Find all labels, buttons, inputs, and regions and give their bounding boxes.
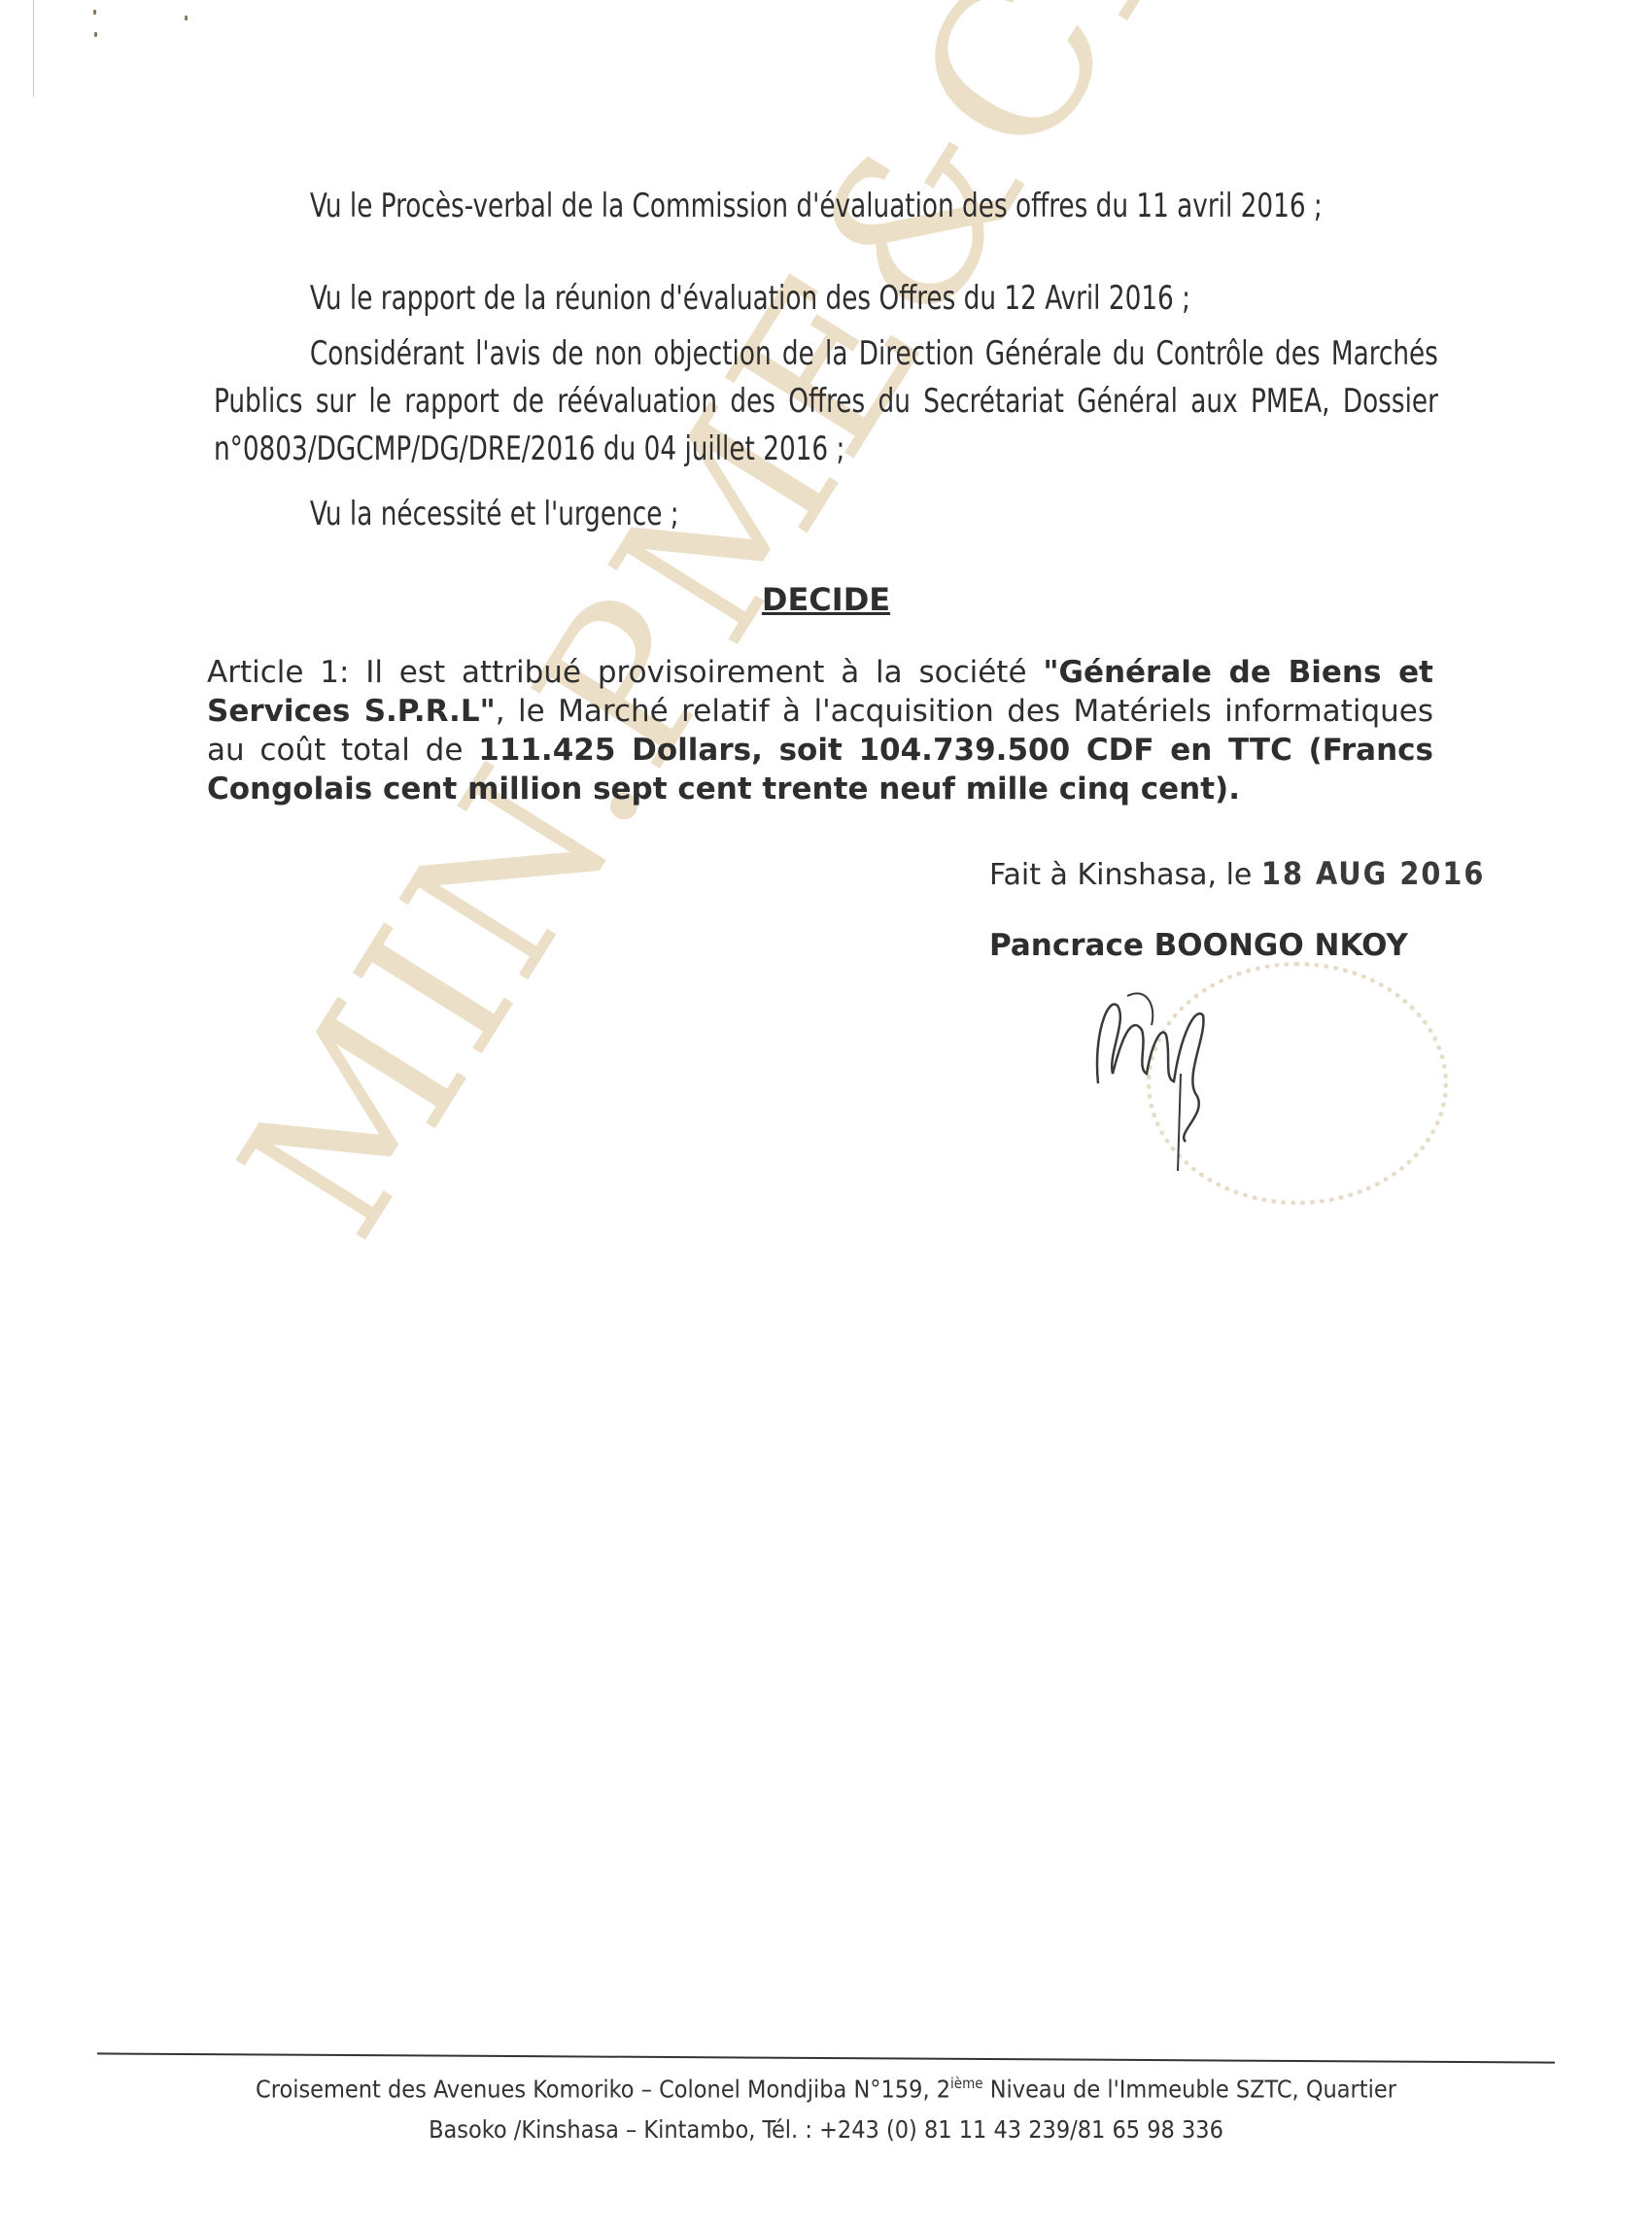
place-date-line: Fait à Kinshasa, le 18 AUG 2016 [989,855,1485,892]
handwritten-signature [1088,977,1244,1171]
date-stamp: 18 AUG 2016 [1261,855,1486,892]
footer-address-a: Croisement des Avenues Komoriko – Colone… [256,2075,950,2103]
footer-divider [97,2052,1555,2063]
footer-address-line-2: Basoko /Kinshasa – Kintambo, Tél. : +243… [0,2115,1652,2144]
paragraph-necessite: Vu la nécessité et l'urgence ; [214,491,1438,538]
scan-speck [94,32,97,37]
decide-heading: DECIDE [0,581,1652,618]
paragraph-proces-verbal: Vu le Procès-verbal de la Commission d'é… [214,183,1438,230]
document-page: MIN.PME&CM Vu le Procès-verbal de la Com… [0,0,1652,2232]
footer-ordinal: ième [950,2075,983,2092]
signer-name: Pancrace BOONGO NKOY [989,928,1408,963]
scan-edge [33,0,34,97]
article-1-prefix: Article 1: Il est attribué provisoiremen… [207,655,1043,690]
paragraph-considerant: Considérant l'avis de non objection de l… [214,330,1438,473]
paragraph-rapport: Vu le rapport de la réunion d'évaluation… [214,275,1438,323]
footer-address-line-1: Croisement des Avenues Komoriko – Colone… [0,2075,1652,2103]
article-1: Article 1: Il est attribué provisoiremen… [207,653,1433,808]
scan-speck [93,10,96,15]
place-label: Fait à Kinshasa, le [989,858,1252,892]
footer-address-b: Niveau de l'Immeuble SZTC, Quartier [983,2075,1396,2103]
scan-speck [185,16,188,20]
